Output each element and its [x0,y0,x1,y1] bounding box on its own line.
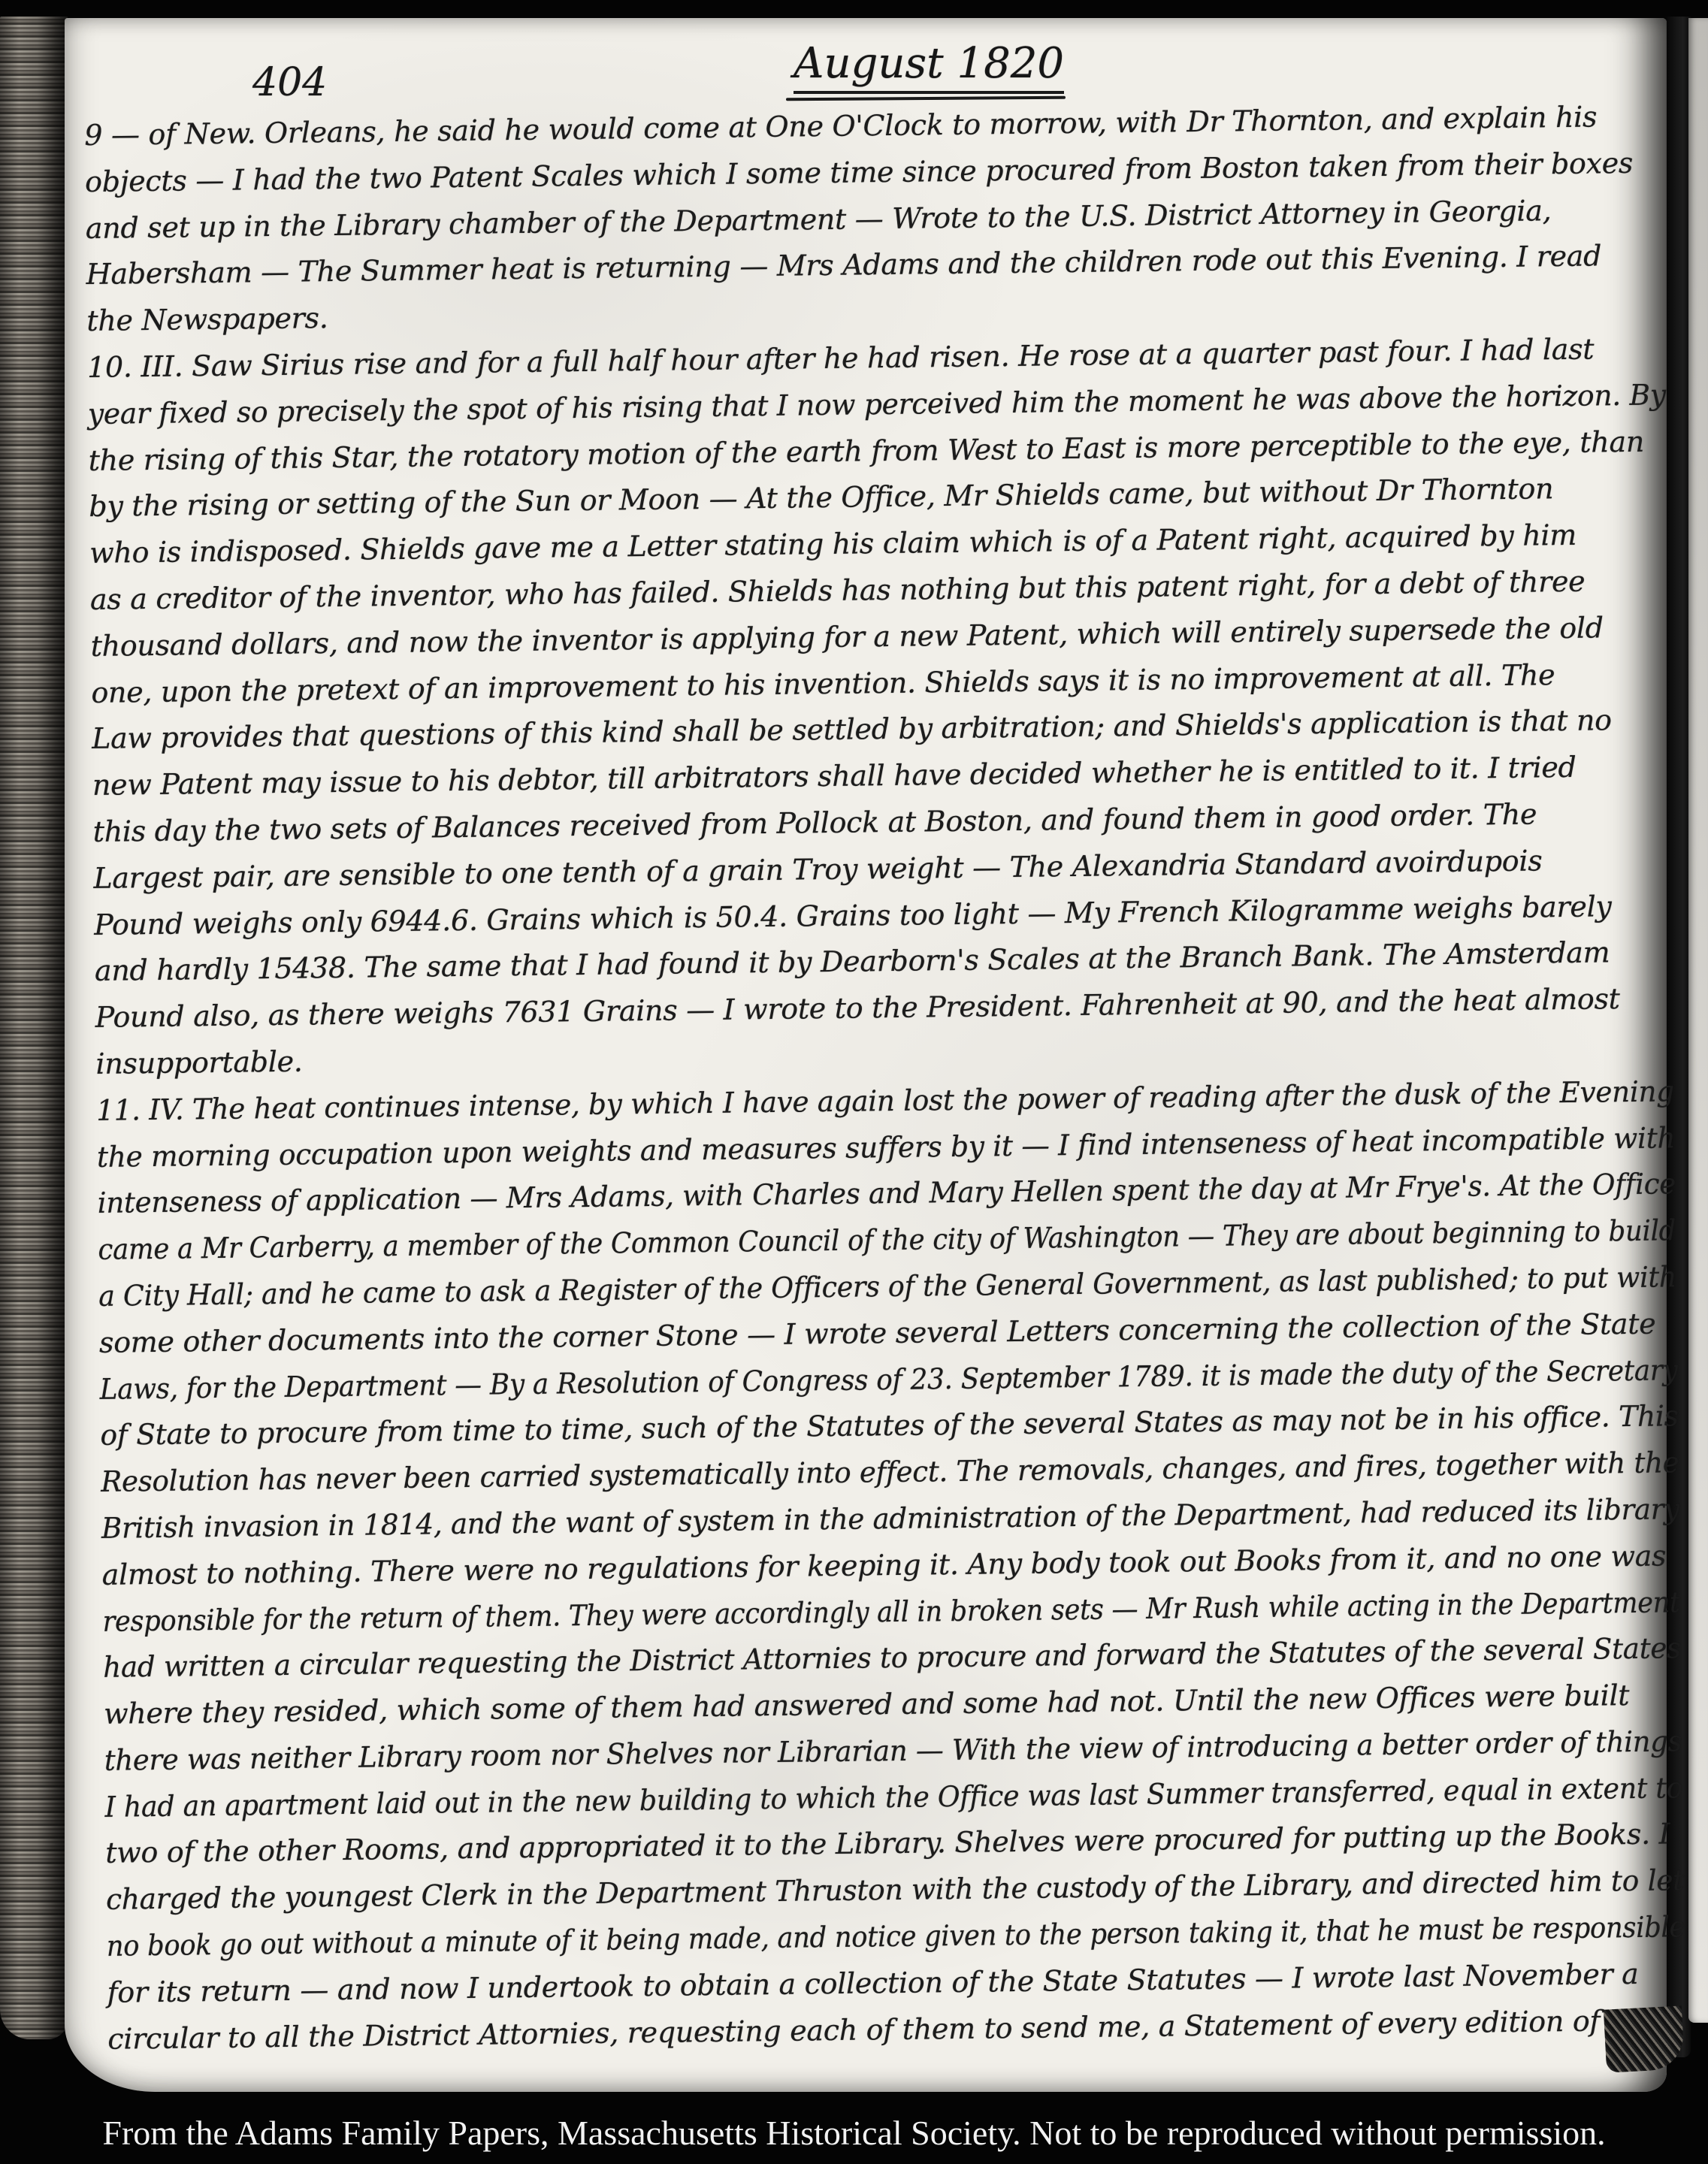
entry-month-heading-text: August 1820 [794,39,1064,94]
handwritten-text-block: 9 — of New. Orleans, he said he would co… [84,93,1686,2063]
manuscript-scan: 404 August 1820 9 — of New. Orleans, he … [0,0,1708,2164]
page-number: 404 [252,60,327,105]
footer-credit: From the Adams Family Papers, Massachuse… [0,2113,1708,2153]
facing-page-sliver [1688,18,1708,2023]
entry-month-heading: August 1820 [794,39,1064,94]
book-binding-edge [0,17,68,2039]
